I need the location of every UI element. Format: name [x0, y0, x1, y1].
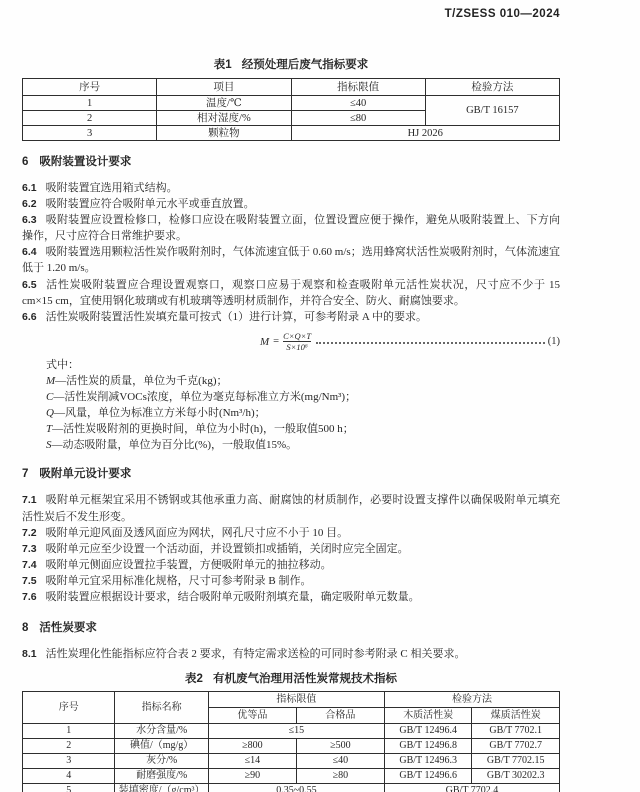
table2-cell: GB/T 12496.8: [384, 739, 472, 754]
table2-subheader-cell: 优等品: [208, 708, 296, 724]
formula-where-item: S—动态吸附量，单位为百分比(%)，一般取值15%。: [46, 437, 560, 453]
table2-cell: ≤40: [296, 754, 384, 769]
table1-cell: 3: [23, 126, 157, 141]
clause-7-3: 7.3吸附单元应至少设置一个活动面，并设置锁扣或插销，关闭时应完全固定。: [22, 541, 560, 557]
table2-cell: GB/T 7702.15: [472, 754, 560, 769]
clause-6-1: 6.1吸附装置宜选用箱式结构。: [22, 180, 560, 196]
table-row: 3 颗粒物 HJ 2026: [23, 126, 560, 141]
table2-cell: 灰分/%: [115, 754, 208, 769]
clause-number: 6.4: [22, 246, 37, 258]
formula-variable: Q: [46, 407, 54, 419]
formula-variable-definition: —活性炭吸附剂的更换时间，单位为小时(h)，一般取值500 h；: [52, 423, 354, 435]
table1-cell: 相对湿度/%: [157, 111, 291, 126]
table2-cell: GB/T 7702.1: [472, 724, 560, 739]
table2-cell: 1: [23, 724, 115, 739]
table2-cell: 5: [23, 784, 115, 792]
table2: 序号 指标名称 指标限值 检验方法 优等品 合格品 木质活性炭 煤质活性炭 1 …: [22, 691, 560, 792]
table2-cell: ≥800: [208, 739, 296, 754]
formula-where-item: C—活性炭削减VOCs浓度，单位为毫克每标准立方米(mg/Nm³)；: [46, 389, 560, 405]
table2-subheader-cell: 煤质活性炭: [472, 708, 560, 724]
clause-number: 7.3: [22, 543, 37, 555]
section-8-heading: 8活性炭要求: [22, 620, 560, 636]
table2-caption: 表2有机废气治理用活性炭常规技术指标: [22, 670, 560, 688]
table-row: 1 水分含量/% ≤15 GB/T 12496.4 GB/T 7702.1: [23, 724, 560, 739]
table2-cell: 3: [23, 754, 115, 769]
section-7-heading: 7吸附单元设计要求: [22, 466, 560, 482]
clause-7-2: 7.2吸附单元迎风面及透风面应为网状，网孔尺寸应不小于 10 目。: [22, 525, 560, 541]
section-6-heading: 6吸附装置设计要求: [22, 154, 560, 170]
document-page: T/ZSESS 010—2024 表1经预处理后废气指标要求 序号 项目 指标限…: [0, 0, 640, 792]
clause-text: 活性炭吸附装置应合理设置观察口，观察口应易于观察和检查吸附单元活性炭状况，尺寸应…: [22, 279, 560, 307]
clause-text: 活性炭吸附装置活性炭填充量可按式（1）进行计算，可参考附录 A 中的要求。: [46, 311, 427, 323]
table2-cell: GB/T 12496.3: [384, 754, 472, 769]
table1-header-cell: 项目: [157, 79, 291, 96]
table-row: 3 灰分/% ≤14 ≤40 GB/T 12496.3 GB/T 7702.15: [23, 754, 560, 769]
table-row: 5 装填密度/（g/cm³） 0.35~0.55 GB/T 7702.4: [23, 784, 560, 792]
clause-number: 6.1: [22, 182, 37, 194]
section-title: 吸附装置设计要求: [39, 156, 131, 168]
clause-7-5: 7.5吸附单元宜采用标准化规格，尺寸可参考附录 B 制作。: [22, 573, 560, 589]
table1-cell: 颗粒物: [157, 126, 291, 141]
clause-text: 吸附单元框架宜采用不锈钢或其他承重力高、耐腐蚀的材质制作，必要时设置支撑件以确保…: [22, 494, 560, 522]
section-number: 7: [22, 468, 28, 480]
table2-header-cell: 指标限值: [208, 692, 384, 708]
clause-text: 吸附装置应设置检修口，检修口应设在吸附装置立面，位置设置应便于操作，避免从吸附装…: [22, 214, 560, 242]
table1-cell: HJ 2026: [291, 126, 560, 141]
table-row: 1 温度/℃ ≤40 GB/T 16157: [23, 96, 560, 111]
clause-text: 吸附单元宜采用标准化规格，尺寸可参考附录 B 制作。: [46, 575, 312, 587]
clause-6-4: 6.4吸附装置选用颗粒活性炭作吸附剂时，气体流速宜低于 0.60 m/s；选用蜂…: [22, 244, 560, 276]
table-row: 2 碘值/（mg/g） ≥800 ≥500 GB/T 12496.8 GB/T …: [23, 739, 560, 754]
section-title: 活性炭要求: [39, 622, 97, 634]
dotted-leader: [316, 342, 545, 344]
formula-denominator: S×10⁶: [283, 341, 311, 352]
table1-cell: 温度/℃: [157, 96, 291, 111]
formula-variable-definition: —活性炭削减VOCs浓度，单位为毫克每标准立方米(mg/Nm³)；: [53, 391, 356, 403]
table1-header-cell: 检验方法: [425, 79, 559, 96]
clause-number: 7.4: [22, 559, 37, 571]
table1-caption-label: 表1: [214, 59, 232, 71]
table2-caption-text: 有机废气治理用活性炭常规技术指标: [213, 673, 397, 685]
clause-7-4: 7.4吸附单元侧面应设置拉手装置，方便吸附单元的抽拉移动。: [22, 557, 560, 573]
clause-number: 7.6: [22, 591, 37, 603]
clause-8-1: 8.1活性炭理化性能指标应符合表 2 要求，有特定需求送检的可同时参考附录 C …: [22, 646, 560, 662]
section-title: 吸附单元设计要求: [39, 468, 131, 480]
formula-where-item: Q—风量，单位为标准立方米每小时(Nm³/h)；: [46, 405, 560, 421]
formula-variable-definition: —活性炭的质量，单位为千克(kg)；: [55, 375, 227, 387]
table2-cell: GB/T 30202.3: [472, 769, 560, 784]
table1: 序号 项目 指标限值 检验方法 1 温度/℃ ≤40 GB/T 16157 2 …: [22, 78, 560, 141]
table2-cell: ≥90: [208, 769, 296, 784]
clause-text: 吸附单元侧面应设置拉手装置，方便吸附单元的抽拉移动。: [46, 559, 332, 571]
clause-7-1: 7.1吸附单元框架宜采用不锈钢或其他承重力高、耐腐蚀的材质制作，必要时设置支撑件…: [22, 492, 560, 524]
table1-header-cell: 序号: [23, 79, 157, 96]
table1-caption-text: 经预处理后废气指标要求: [242, 59, 369, 71]
clause-6-3: 6.3吸附装置应设置检修口，检修口应设在吸附装置立面，位置设置应便于操作，避免从…: [22, 212, 560, 244]
table2-cell: 装填密度/（g/cm³）: [115, 784, 208, 792]
formula-1: M = C×Q×T S×10⁶ (1): [22, 330, 560, 354]
table2-cell: ≤14: [208, 754, 296, 769]
table1-cell: GB/T 16157: [425, 96, 559, 126]
table2-cell: ≤15: [208, 724, 384, 739]
formula-where-block: 式中： M—活性炭的质量，单位为千克(kg)； C—活性炭削减VOCs浓度，单位…: [46, 357, 560, 454]
table2-subheader-cell: 木质活性炭: [384, 708, 472, 724]
section-number: 8: [22, 622, 28, 634]
page-content: 表1经预处理后废气指标要求 序号 项目 指标限值 检验方法 1 温度/℃ ≤40…: [22, 0, 560, 792]
clause-text: 吸附装置宜选用箱式结构。: [46, 182, 178, 194]
table-row: 序号 项目 指标限值 检验方法: [23, 79, 560, 96]
clause-number: 7.1: [22, 494, 37, 506]
table2-cell: GB/T 12496.4: [384, 724, 472, 739]
table1-caption: 表1经预处理后废气指标要求: [22, 56, 560, 74]
table2-cell: 2: [23, 739, 115, 754]
clause-text: 吸附单元应至少设置一个活动面，并设置锁扣或插销，关闭时应完全固定。: [46, 543, 409, 555]
clause-6-2: 6.2吸附装置应符合吸附单元水平或垂直放置。: [22, 196, 560, 212]
table2-cell: GB/T 12496.6: [384, 769, 472, 784]
clause-number: 6.5: [22, 279, 37, 291]
clause-number: 8.1: [22, 648, 37, 660]
formula-lhs: M: [260, 336, 269, 348]
table2-cell: 耐磨强度/%: [115, 769, 208, 784]
clause-number: 7.5: [22, 575, 37, 587]
table1-cell: 2: [23, 111, 157, 126]
formula-variable-definition: —动态吸附量，单位为百分比(%)，一般取值15%。: [52, 439, 298, 451]
clause-text: 吸附装置应根据设计要求，结合吸附单元吸附剂填充量，确定吸附单元数量。: [46, 591, 420, 603]
clause-text: 吸附装置应符合吸附单元水平或垂直放置。: [46, 198, 255, 210]
clause-6-5: 6.5活性炭吸附装置应合理设置观察口，观察口应易于观察和检查吸附单元活性炭状况，…: [22, 277, 560, 309]
table2-header-cell: 指标名称: [115, 692, 208, 724]
formula-where-item: T—活性炭吸附剂的更换时间，单位为小时(h)，一般取值500 h；: [46, 421, 560, 437]
formula-variable-definition: —风量，单位为标准立方米每小时(Nm³/h)；: [54, 407, 266, 419]
clause-number: 6.3: [22, 214, 37, 226]
table2-cell: 0.35~0.55: [208, 784, 384, 792]
section-number: 6: [22, 156, 28, 168]
clause-text: 活性炭理化性能指标应符合表 2 要求，有特定需求送检的可同时参考附录 C 相关要…: [46, 648, 466, 660]
clause-text: 吸附单元迎风面及透风面应为网状，网孔尺寸应不小于 10 目。: [46, 527, 349, 539]
formula-variable: M: [46, 375, 55, 387]
table1-header-cell: 指标限值: [291, 79, 425, 96]
table2-cell: 碘值/（mg/g）: [115, 739, 208, 754]
table2-cell: GB/T 7702.4: [384, 784, 559, 792]
table2-cell: ≥500: [296, 739, 384, 754]
clause-7-6: 7.6吸附装置应根据设计要求，结合吸附单元吸附剂填充量，确定吸附单元数量。: [22, 589, 560, 605]
table1-cell: ≤40: [291, 96, 425, 111]
table2-header-cell: 序号: [23, 692, 115, 724]
clause-6-6: 6.6活性炭吸附装置活性炭填充量可按式（1）进行计算，可参考附录 A 中的要求。: [22, 309, 560, 325]
clause-text: 吸附装置选用颗粒活性炭作吸附剂时，气体流速宜低于 0.60 m/s；选用蜂窝状活…: [22, 246, 560, 274]
formula-numerator: C×Q×T: [283, 331, 311, 341]
table2-header-cell: 检验方法: [384, 692, 559, 708]
table2-cell: ≥80: [296, 769, 384, 784]
formula-number: (1): [548, 336, 560, 347]
clause-number: 6.6: [22, 311, 37, 323]
table2-cell: GB/T 7702.7: [472, 739, 560, 754]
formula-equals: =: [273, 336, 279, 347]
formula-fraction: C×Q×T S×10⁶: [283, 331, 311, 352]
table-row: 序号 指标名称 指标限值 检验方法: [23, 692, 560, 708]
formula-where-intro: 式中：: [46, 357, 560, 373]
table1-cell: 1: [23, 96, 157, 111]
clause-number: 6.2: [22, 198, 37, 210]
table-row: 4 耐磨强度/% ≥90 ≥80 GB/T 12496.6 GB/T 30202…: [23, 769, 560, 784]
table2-cell: 水分含量/%: [115, 724, 208, 739]
table2-caption-label: 表2: [185, 673, 203, 685]
formula-where-item: M—活性炭的质量，单位为千克(kg)；: [46, 373, 560, 389]
table2-subheader-cell: 合格品: [296, 708, 384, 724]
table1-cell: ≤80: [291, 111, 425, 126]
clause-number: 7.2: [22, 527, 37, 539]
table2-cell: 4: [23, 769, 115, 784]
